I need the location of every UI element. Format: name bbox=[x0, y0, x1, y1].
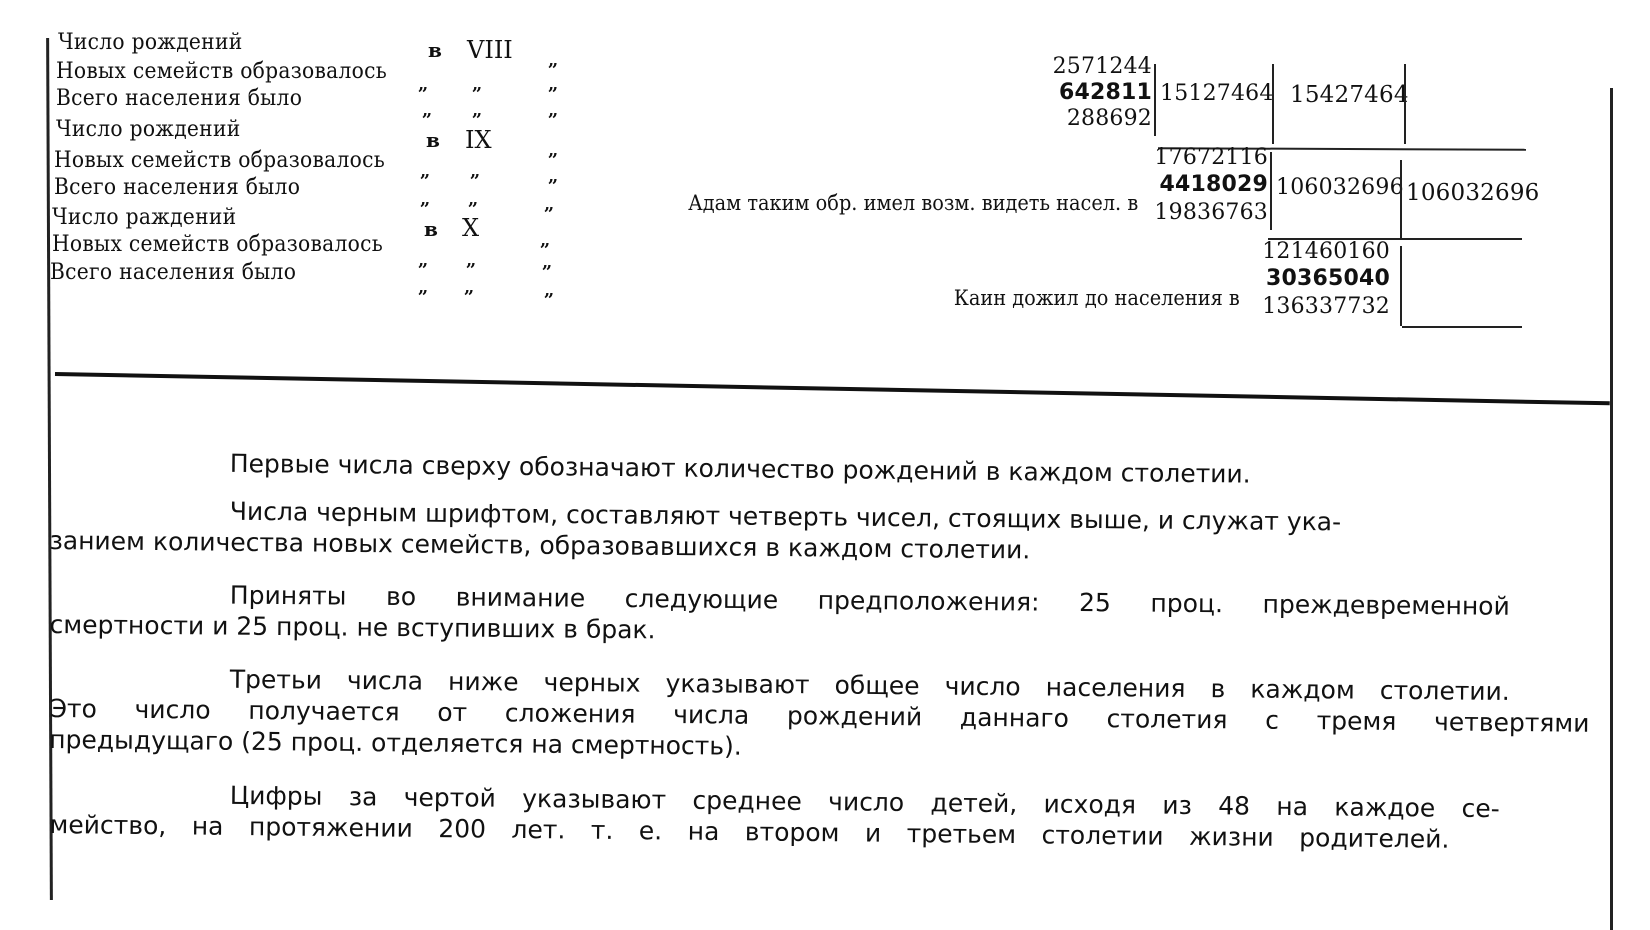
column-rule bbox=[1154, 64, 1156, 136]
column-rule bbox=[1270, 152, 1272, 230]
label-births-x: Число раждений bbox=[52, 207, 236, 229]
cain-note: Каин дожил до населения в bbox=[954, 288, 1240, 309]
families-ix-value: 4418029 bbox=[1159, 174, 1268, 196]
label-families-viii: Новых семейств образовалось bbox=[56, 61, 387, 83]
column-rule bbox=[1400, 246, 1402, 326]
ditto: „ bbox=[468, 191, 478, 209]
section-rule bbox=[1402, 326, 1522, 328]
label-population-viii: Всего населения было bbox=[56, 88, 302, 110]
families-x-value: 30365040 bbox=[1266, 268, 1390, 290]
century-ix: IX bbox=[465, 128, 492, 152]
ditto: „ bbox=[548, 142, 558, 160]
families-viii-value: 642811 bbox=[1059, 82, 1152, 104]
viii-col2-value: 15127464 bbox=[1160, 83, 1274, 105]
ditto: „ bbox=[472, 102, 482, 120]
century-x: X bbox=[462, 216, 479, 240]
prep-ix: в bbox=[426, 130, 440, 150]
ditto: „ bbox=[548, 102, 558, 120]
label-families-x: Новых семейств образовалось bbox=[52, 234, 383, 256]
prep-x: в bbox=[424, 219, 438, 239]
ix-col2-value: 106032696 bbox=[1276, 177, 1404, 199]
ditto: „ bbox=[472, 76, 482, 94]
population-ix-value: 19836763 bbox=[1154, 202, 1268, 224]
ditto: „ bbox=[422, 102, 432, 120]
population-x-value: 136337732 bbox=[1262, 296, 1390, 318]
births-ix-value: 17672116 bbox=[1154, 147, 1268, 169]
document-page: Число рождений в VIII „ Новых семейств о… bbox=[0, 0, 1650, 930]
paragraph-4: Третьи числа ниже черных указывают общее… bbox=[49, 662, 1590, 770]
ditto: „ bbox=[544, 282, 554, 300]
ditto: „ bbox=[418, 76, 428, 94]
section-divider bbox=[55, 372, 1610, 405]
label-families-ix: Новых семейств образовалось bbox=[54, 150, 385, 172]
births-x-value: 121460160 bbox=[1262, 241, 1390, 263]
ditto: „ bbox=[420, 191, 430, 209]
right-margin-rule bbox=[1610, 88, 1613, 930]
ditto: „ bbox=[418, 279, 428, 297]
century-viii: VIII bbox=[467, 38, 513, 62]
ditto: „ bbox=[418, 252, 428, 270]
label-births-viii: Число рождений bbox=[58, 32, 242, 54]
column-rule bbox=[1404, 64, 1406, 144]
prep-viii: в bbox=[428, 40, 442, 60]
ditto: „ bbox=[544, 196, 554, 214]
column-rule bbox=[1400, 160, 1402, 240]
ditto: „ bbox=[466, 252, 476, 270]
ditto: „ bbox=[548, 52, 558, 70]
paragraph-3: Приняты во внимание следующие предположе… bbox=[49, 578, 1589, 653]
ditto: „ bbox=[548, 168, 558, 186]
ditto: „ bbox=[540, 232, 550, 250]
ditto: „ bbox=[420, 163, 430, 181]
ix-col3-value: 106032696 bbox=[1406, 182, 1540, 205]
paragraph-1: Первые числа сверху обозначают количеств… bbox=[50, 446, 1590, 493]
ditto: „ bbox=[548, 76, 558, 94]
column-rule bbox=[1272, 64, 1274, 144]
label-population-x: Всего населения было bbox=[50, 262, 296, 284]
paragraph-line: Первые числа сверху обозначают количеств… bbox=[50, 446, 1590, 493]
births-viii-value: 2571244 bbox=[1053, 56, 1152, 78]
ditto: „ bbox=[542, 254, 552, 272]
adam-note: Адам таким обр. имел возм. видеть насел.… bbox=[688, 193, 1138, 214]
population-viii-value: 288692 bbox=[1067, 108, 1152, 130]
viii-col3-value: 15427464 bbox=[1290, 84, 1409, 107]
label-population-ix: Всего населения было bbox=[54, 177, 300, 199]
ditto: „ bbox=[470, 163, 480, 181]
label-births-ix: Число рождений bbox=[56, 119, 240, 141]
ditto: „ bbox=[464, 279, 474, 297]
paragraph-5: Цифры за чертой указывают среднее число … bbox=[49, 778, 1590, 856]
paragraph-2: Числа черным шрифтом, составляют четверт… bbox=[49, 494, 1590, 571]
